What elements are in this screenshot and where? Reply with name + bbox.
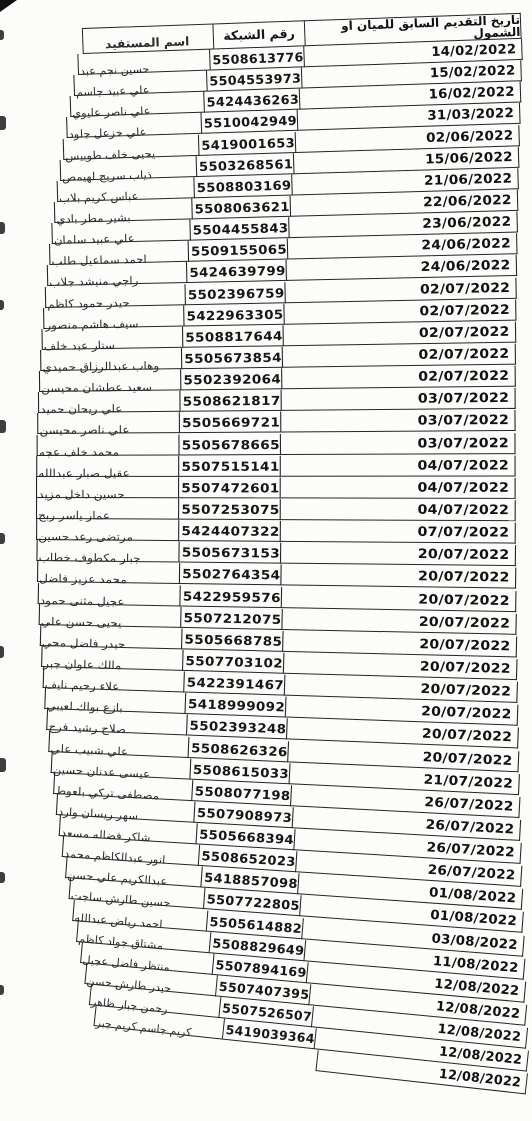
- network-number-cell: 5422963305: [184, 303, 285, 326]
- table-row: محمد خلف عجه 5505678665 03/07/2022: [37, 433, 514, 456]
- submission-date-cell: 02/07/2022: [283, 344, 516, 368]
- network-number-cell: 5509155065: [189, 239, 289, 262]
- beneficiary-name-cell: يحيى حسن علي: [39, 604, 182, 628]
- submission-date-cell: 02/07/2022: [285, 277, 516, 303]
- beneficiary-name-cell: ستار عبد خلف: [41, 327, 183, 350]
- submission-date-cell: 02/07/2022: [284, 321, 517, 346]
- submission-date-cell: 02/07/2022: [282, 366, 516, 390]
- scan-corner-artifact: [0, 0, 17, 12]
- network-number-cell: 5507253075: [179, 499, 281, 521]
- network-number-cell: 5424407322: [179, 520, 281, 542]
- beneficiary-name-cell: علي ناصر محيسن: [37, 412, 180, 434]
- submission-date-cell: 20/07/2022: [281, 543, 516, 567]
- beneficiary-name-cell: عمار ياسر ربح: [36, 498, 179, 520]
- submission-date-cell: 04/07/2022: [281, 499, 516, 521]
- table-row: عقيل صبار عبدالله 5507515141 04/07/2022: [36, 455, 513, 477]
- network-number-cell: 5504455843: [190, 217, 289, 241]
- network-number-cell: 5507515141: [179, 455, 281, 476]
- submission-date-cell: 07/07/2022: [281, 521, 516, 544]
- beneficiary-name-cell: سيف هاشم منصور: [43, 305, 185, 329]
- table-row: حسين داخل مزيد 5507472601 04/07/2022: [36, 477, 514, 499]
- network-number-cell: 5422959576: [180, 585, 282, 608]
- network-number-cell: 5505678665: [179, 434, 281, 456]
- submission-date-cell: 20/07/2022: [282, 587, 517, 612]
- network-number-cell: 5424639799: [187, 260, 287, 283]
- network-number-cell: 5419001653: [199, 132, 296, 156]
- network-number-cell: 5507472601: [179, 477, 281, 498]
- beneficiary-name-cell: محمد خلف عجه: [37, 434, 180, 456]
- beneficiary-name-cell: وهاب عبدالرزاق حميدي: [40, 348, 182, 371]
- table-row: عمار ياسر ربح 5507253075 04/07/2022: [36, 498, 514, 521]
- submission-date-cell: 03/07/2022: [281, 433, 516, 455]
- scanned-document-page: اسم المستفيد رقم الشبكة تاريخ التقديم ال…: [0, 0, 532, 1121]
- network-number-cell: 5502393248: [187, 715, 288, 740]
- network-number-cell: 5508626326: [189, 737, 290, 762]
- submission-date-cell: 03/07/2022: [282, 388, 516, 411]
- network-number-cell: 5502396759: [186, 282, 286, 305]
- beneficiary-name-cell: سعيد عطشان محيسن: [39, 370, 182, 393]
- submission-date-cell: 04/07/2022: [281, 455, 516, 476]
- submission-date-cell: 02/07/2022: [284, 299, 516, 324]
- submission-date-cell: 03/07/2022: [281, 410, 515, 433]
- network-number-cell: 5508817644: [183, 325, 284, 348]
- submission-date-cell: 04/07/2022: [281, 477, 516, 499]
- beneficiary-name-cell: عقيل صبار عبدالله: [36, 456, 179, 477]
- network-number-cell: 5503268561: [197, 153, 295, 177]
- beneficiary-name-cell: حيدر حمود كاظم: [45, 284, 186, 308]
- header-network-number: رقم الشبكة: [213, 20, 305, 49]
- beneficiary-name-cell: حسين داخل مزيد: [36, 477, 179, 498]
- network-number-cell: 5508803169: [194, 174, 292, 198]
- beneficiary-name-cell: محمد عزيز فاضل: [37, 561, 180, 584]
- network-number-cell: 5505673153: [179, 542, 281, 564]
- network-number-cell: 5502764354: [180, 563, 282, 586]
- submission-date-cell: 20/07/2022: [281, 565, 516, 589]
- network-number-cell: 5510042949: [202, 110, 299, 134]
- beneficiary-name-cell: عجيل مثنى حمود: [38, 583, 181, 607]
- network-number-cell: 5508621817: [180, 390, 281, 412]
- network-number-cell: 5507703102: [183, 650, 284, 674]
- network-number-cell: 5505668785: [182, 628, 284, 652]
- beneficiary-name-cell: مرتضى رعد حسين: [36, 519, 179, 541]
- beneficiary-name-cell: علي ريحان حميد: [38, 391, 181, 413]
- network-number-cell: 5507212075: [181, 607, 283, 630]
- network-number-cell: 5505673854: [182, 347, 283, 369]
- beneficiary-name-cell: جبار مكطوف خطاب: [36, 540, 179, 563]
- table-row: علي ناصر محيسن 5505669721 03/07/2022: [37, 410, 513, 434]
- network-number-cell: 5502392064: [181, 368, 282, 390]
- network-number-cell: 5505669721: [180, 412, 281, 434]
- beneficiary-table: اسم المستفيد رقم الشبكة تاريخ التقديم ال…: [0, 28, 437, 1048]
- network-number-cell: 5508063621: [192, 196, 291, 220]
- network-number-cell: 5422391467: [184, 672, 285, 696]
- beneficiary-name-cell: راجي منيشد جلاب: [47, 262, 188, 286]
